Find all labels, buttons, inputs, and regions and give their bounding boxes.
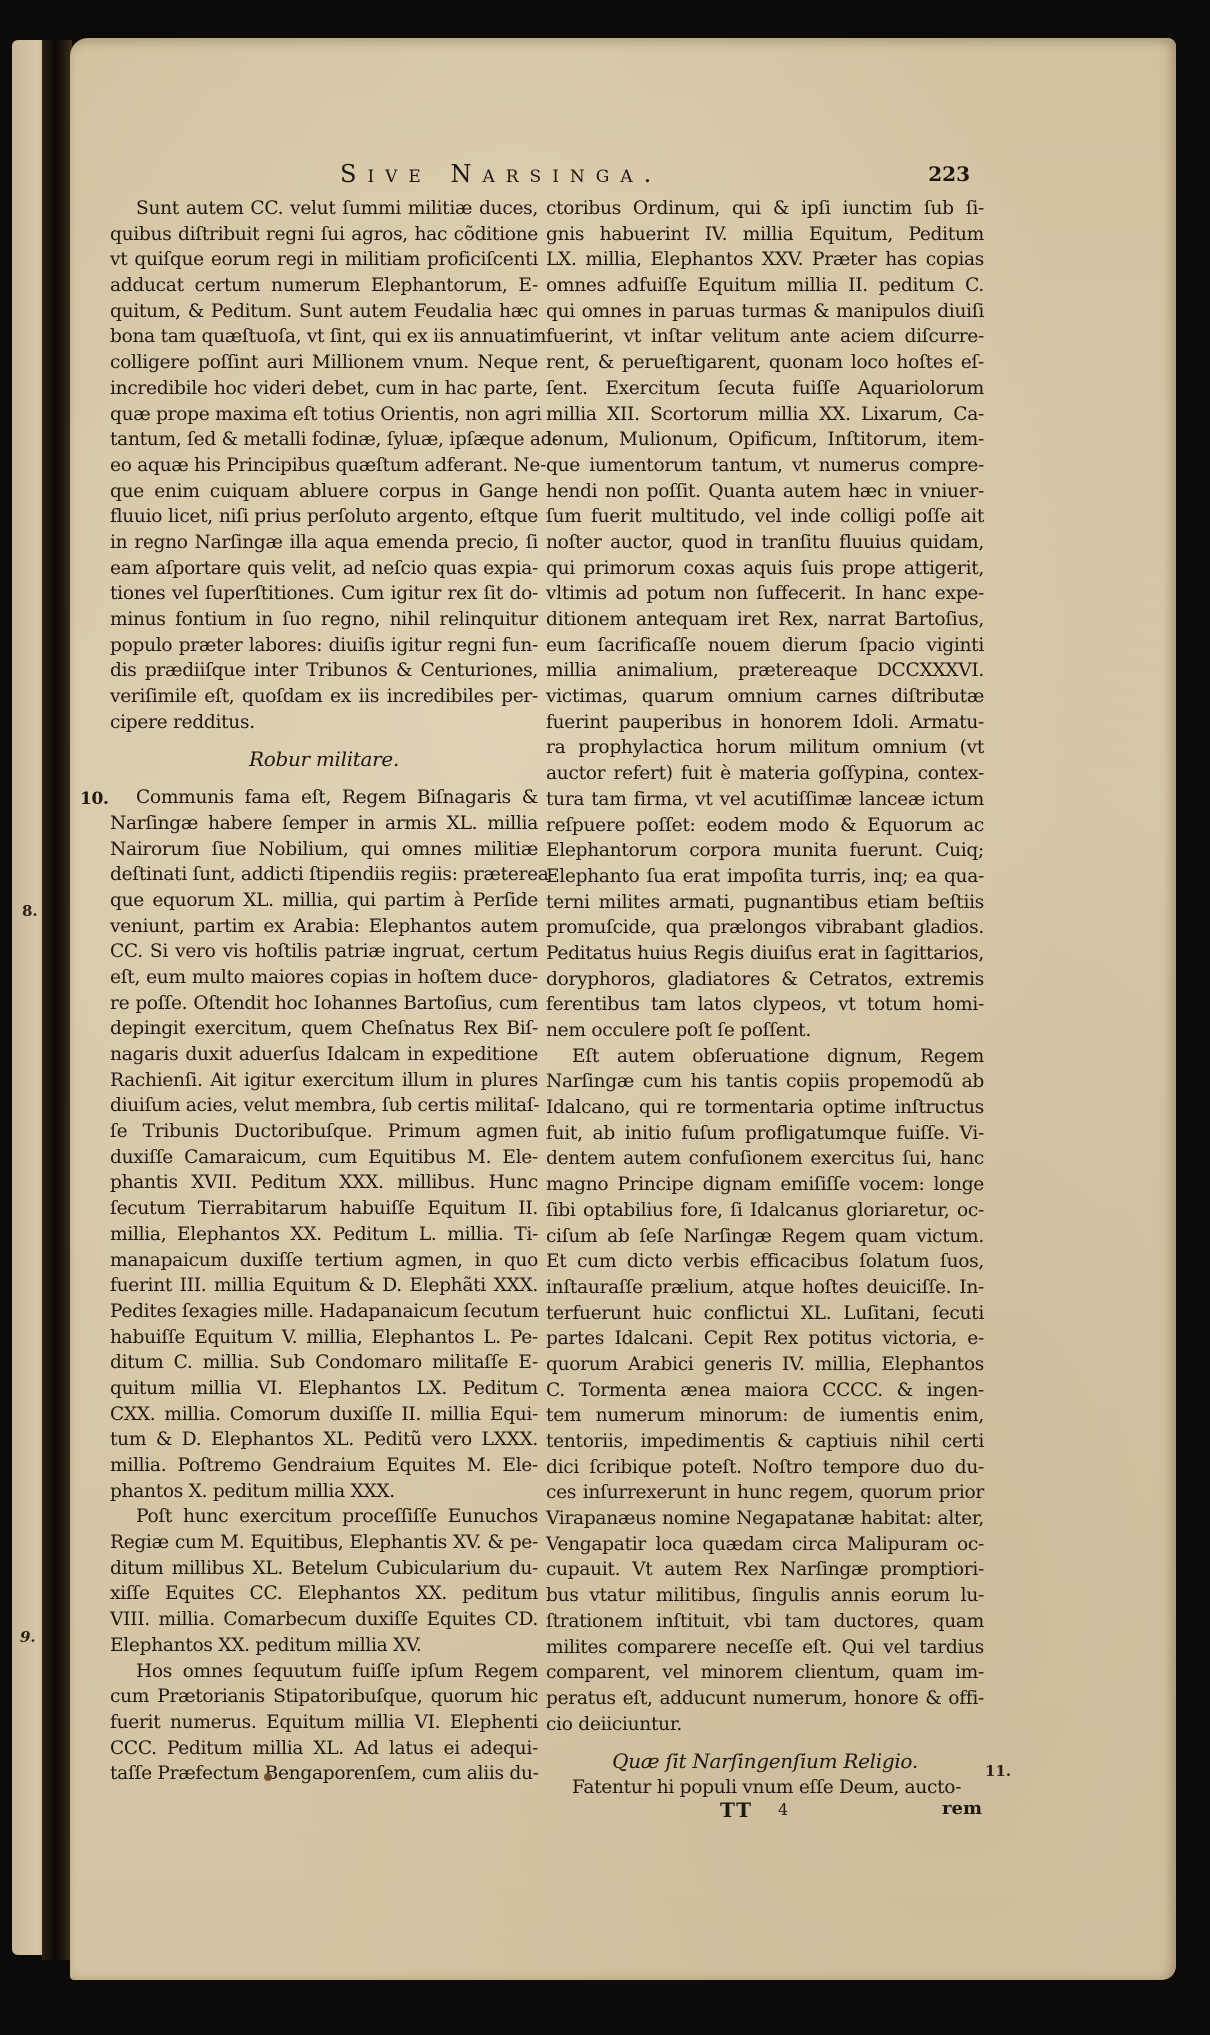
text-line: quibus diſtribuit regni ſui agros, hac c…	[110, 222, 538, 248]
spacer	[110, 735, 538, 747]
book-gutter	[42, 40, 72, 1960]
text-line: ciſum ab ſeſe Narſingæ Regem quam victum…	[546, 1224, 984, 1250]
text-line: fluuio licet, niſi prius perſoluto argen…	[110, 504, 538, 530]
text-line: quorum Arabici generis IV. millia, Eleph…	[546, 1352, 984, 1378]
text-line: hendi non poſſit. Quanta autem hæc in vn…	[546, 479, 984, 505]
text-line: peratus eſt, adducunt numerum, honore & …	[546, 1686, 984, 1712]
text-line: fuerint pauperibus in honorem Idoli. Arm…	[546, 710, 984, 736]
text-line: Rachienſi. Ait igitur exercitum illum in…	[110, 1068, 538, 1094]
text-line: ſe Tribunis Ductoribuſque. Primum agmen	[110, 1119, 538, 1145]
text-line: Et cum dicto verbis efficacibus ſolatum …	[546, 1249, 984, 1275]
text-line: ſum fuerit multitudo, vel inde colligi p…	[546, 504, 984, 530]
text-line: magno Principe dignam emiſiſſe vocem: lo…	[546, 1172, 984, 1198]
text-line: re poſſe. Oſtendit hoc Iohannes Bartoſiu…	[110, 991, 538, 1017]
text-line: Vengapatir loca quædam circa Malipuram o…	[546, 1532, 984, 1558]
text-line: ditum C. millia. Sub Condomaro militaſſe…	[110, 1350, 538, 1376]
text-line: Eſt autem obſeruatione dignum, Regem	[546, 1044, 984, 1070]
text-line: doryphoros, gladiatores & Cetratos, extr…	[546, 967, 984, 993]
text-line: omnes adfuiſſe Equitum millia II. peditu…	[546, 273, 984, 299]
text-line: colligere poſſint auri Millionem vnum. N…	[110, 350, 538, 376]
text-line: ditionem antequam iret Rex, narrat Barto…	[546, 607, 984, 633]
text-line: Regiæ cum M. Equitibus, Elephantis XV. &…	[110, 1530, 538, 1556]
text-line: bona tam quæſtuoſa, vt ſint, qui ex iis …	[110, 324, 538, 350]
text-line: eſt, eum multo maiores copias in hoſtem …	[110, 965, 538, 991]
text-line: ctoribus Ordinum, qui & ipſi iunctim ſub…	[546, 196, 984, 222]
text-line: ra prophylactica horum militum omnium (v…	[546, 735, 984, 761]
text-line: tiones vel ſuperſtitiones. Cum igitur re…	[110, 581, 538, 607]
text-line: quæ prope maxima eſt totius Orientis, no…	[110, 402, 538, 428]
text-line: diuiſum acies, velut membra, ſub certis …	[110, 1093, 538, 1119]
text-line: phantis XVII. Peditum XXX. millibus. Hun…	[110, 1170, 538, 1196]
text-line: incredibile hoc videri debet, cum in hac…	[110, 376, 538, 402]
text-line: deſtinati ſunt, addicti ſtipendiis regii…	[110, 862, 538, 888]
text-line: fuerit numerus. Equitum millia VI. Eleph…	[110, 1710, 538, 1736]
text-line: fuerint III. millia Equitum & D. Elephãt…	[110, 1273, 538, 1299]
text-line: dis prædiiſque inter Tribunos & Centurio…	[110, 658, 538, 684]
text-line: eam aſportare quis velit, ad neſcio quas…	[110, 556, 538, 582]
text-line: inſtauraſſe prælium, atque hoſtes deuici…	[546, 1275, 984, 1301]
text-line: Virapanæus nomine Negapatanæ habitat: al…	[546, 1506, 984, 1532]
text-line: gnis habuerint IV. millia Equitum, Pedit…	[546, 222, 984, 248]
text-line: Peditatus huius Regis diuiſus erat in ſa…	[546, 941, 984, 967]
text-line: dici ſcribique poteſt. Noſtro tempore du…	[546, 1455, 984, 1481]
text-line: bus vtatur militibus, ſingulis annis eor…	[546, 1583, 984, 1609]
margin-note: 11.	[985, 1762, 1011, 1780]
text-line: quitum millia VI. Elephantos LX. Peditum	[110, 1376, 538, 1402]
text-line: comparent, vel minorem clientum, quam im…	[546, 1660, 984, 1686]
text-line: CC. Si vero vis hoſtilis patriæ ingruat,…	[110, 939, 538, 965]
text-line: cipere redditus.	[110, 710, 538, 736]
left-column: Sunt autem CC. velut ſummi militiæ duces…	[110, 196, 538, 1787]
text-line: veriſimile eſt, quoſdam ex iis incredibi…	[110, 684, 538, 710]
text-line: veniunt, partim ex Arabia: Elephantos au…	[110, 914, 538, 940]
running-title: Sive Narsinga.	[340, 160, 662, 188]
text-line: tura tam firma, vt vel acutiſſimæ lanceæ…	[546, 787, 984, 813]
text-line: duxiſſe Camaraicum, cum Equitibus M. Ele…	[110, 1145, 538, 1171]
text-line: Elephantorum corpora munita fuerunt. Cui…	[546, 838, 984, 864]
text-line: cum Prætorianis Stipatoribuſque, quorum …	[110, 1684, 538, 1710]
text-line: nagaris duxit aduerſus Idalcam in expedi…	[110, 1042, 538, 1068]
text-line: Pedites ſexagies mille. Hadapanaicum ſec…	[110, 1299, 538, 1325]
text-line: phantos X. peditum millia XXX.	[110, 1479, 538, 1505]
section-heading: Robur militare.	[110, 747, 538, 773]
text-line: dentem autem confuſionem exercitus ſui, …	[546, 1146, 984, 1172]
text-line: millia, Elephantos XX. Peditum L. millia…	[110, 1222, 538, 1248]
text-line: millia animalium, prætereaque DCCXXXVI.	[546, 658, 984, 684]
text-line: Elephantos XX. peditum millia XV.	[110, 1633, 538, 1659]
text-line: lonum, Mulionum, Opificum, Inſtitorum, i…	[546, 427, 984, 453]
paragraph-number: 10.	[80, 787, 109, 813]
text-line: que iumentorum tantum, vt numerus compre…	[546, 453, 984, 479]
signature-number: 4	[778, 1800, 788, 1819]
catchword: rem	[942, 1798, 982, 1819]
spacer	[546, 1737, 984, 1749]
text-line: habuiſſe Equitum V. millia, Elephantos L…	[110, 1325, 538, 1351]
page-number: 223	[928, 162, 970, 186]
text-line: LX. millia, Elephantos XXV. Præter has c…	[546, 247, 984, 273]
text-line: ſibi optabilius fore, ſi Idalcanus glori…	[546, 1198, 984, 1224]
text-line: in regno Narſingæ illa aqua emenda preci…	[110, 530, 538, 556]
text-line: que enim cuiquam abluere corpus in Gange	[110, 479, 538, 505]
signature-mark: TT	[720, 1798, 753, 1822]
page-footer: TT 4 rem	[546, 1798, 982, 1828]
text-line: Narſingæ cum his tantis copiis propemodũ…	[546, 1069, 984, 1095]
text-line: CXX. millia. Comorum duxiſſe II. millia …	[110, 1402, 538, 1428]
text-line: millia XII. Scortorum millia XX. Lixarum…	[546, 402, 984, 428]
text-line: Poſt hunc exercitum proceſſiſſe Eunuchos	[110, 1504, 538, 1530]
text-line: terni milites armati, pugnantibus etiam …	[546, 890, 984, 916]
text-line: fuit, ab initio fuſum profligatumque fui…	[546, 1121, 984, 1147]
text-line: milites comparere neceſſe eſt. Qui vel t…	[546, 1635, 984, 1661]
text-line: tentoriis, impedimentis & captiuis nihil…	[546, 1429, 984, 1455]
text-line: cio deiiciuntur.	[546, 1712, 984, 1738]
text-line: partes Idalcani. Cepit Rex potitus victo…	[546, 1326, 984, 1352]
text-line: que equorum XL. millia, qui partim à Per…	[110, 888, 538, 914]
text-line: C. Tormenta ænea maiora CCCC. & ingen-	[546, 1378, 984, 1404]
text-line: vt quiſque eorum regi in militiam profic…	[110, 247, 538, 273]
text-line: noſter auctor, quod in tranſitu fluuius …	[546, 530, 984, 556]
ink-spot	[264, 1773, 272, 1781]
spacer	[110, 773, 538, 785]
text-line: promuſcide, qua prælongos vibrabant glad…	[546, 915, 984, 941]
text-line: Idalcano, qui re tormentaria optime inſt…	[546, 1095, 984, 1121]
text-line: ſtrationem inſtituit, vbi tam ductores, …	[546, 1609, 984, 1635]
text-line: millia. Poſtremo Gendraium Equites M. El…	[110, 1453, 538, 1479]
text-line: reſpuere poſſet: eodem modo & Equorum ac	[546, 813, 984, 839]
text-line: qui omnes in paruas turmas & manipulos d…	[546, 299, 984, 325]
text-line: CCC. Peditum millia XL. Ad latus ei adeq…	[110, 1736, 538, 1762]
text-line: auctor refert) fuit è materia goſſypina,…	[546, 761, 984, 787]
margin-note: 9.	[20, 1628, 36, 1646]
text-line: eo aquæ his Principibus quæſtum adferant…	[110, 453, 538, 479]
text-line: tem numerum minorum: de iumentis enim,	[546, 1403, 984, 1429]
text-line: fuerint, vt inſtar velitum ante aciem di…	[546, 324, 984, 350]
text-line: ſecutum Tierrabitarum habuiſſe Equitum I…	[110, 1196, 538, 1222]
text-line: victimas, quarum omnium carnes diſtribut…	[546, 684, 984, 710]
section-heading: Quæ ſit Narſingenſium Religio.	[546, 1749, 984, 1775]
text-line: VIII. millia. Comarbecum duxiſſe Equites…	[110, 1607, 538, 1633]
text-line: ces inſurrexerunt in hunc regem, quorum …	[546, 1480, 984, 1506]
text-line: quitum, & Peditum. Sunt autem Feudalia h…	[110, 299, 538, 325]
text-line: populo præter labores: diuiſis igitur re…	[110, 633, 538, 659]
text-line: Sunt autem CC. velut ſummi militiæ duces…	[110, 196, 538, 222]
page-header: Sive Narsinga. 223	[340, 160, 980, 194]
text-line: Fatentur hi populi vnum eſſe Deum, aucto…	[546, 1775, 984, 1801]
text-line: xiſſe Equites CC. Elephantos XX. peditum	[110, 1581, 538, 1607]
text-line: qui primorum coxas aquis ſuis prope atti…	[546, 556, 984, 582]
text-line: taſſe Præfectum Bengaporenſem, cum aliis…	[110, 1761, 538, 1787]
text-line: tantum, ſed & metalli fodinæ, ſyluæ, ipſ…	[110, 427, 538, 453]
text-line: ferentibus tam latos clypeos, vt totum h…	[546, 992, 984, 1018]
margin-note: 8.	[22, 902, 38, 920]
text-line: cupauit. Vt autem Rex Narſingæ promptior…	[546, 1557, 984, 1583]
text-line: manapaicum duxiſſe tertium agmen, in quo	[110, 1248, 538, 1274]
text-line: Nairorum ſiue Nobilium, qui omnes militi…	[110, 837, 538, 863]
text-line: tum & D. Elephantos XL. Peditũ vero LXXX…	[110, 1427, 538, 1453]
text-line: rent, & perueſtigarent, quonam loco hoſt…	[546, 350, 984, 376]
text-line: nem occulere poſt ſe poſſent.	[546, 1018, 984, 1044]
text-line: vltimis ad potum non ſuffecerit. In hanc…	[546, 581, 984, 607]
text-line: adducat certum numerum Elephantorum, E-	[110, 273, 538, 299]
text-line: Hos omnes ſequutum fuiſſe ipſum Regem	[110, 1659, 538, 1685]
text-line: Elephanto ſua erat impoſita turris, inq;…	[546, 864, 984, 890]
right-column: ctoribus Ordinum, qui & ipſi iunctim ſub…	[546, 196, 984, 1801]
text-line: ditum millibus XL. Betelum Cubicularium …	[110, 1556, 538, 1582]
text-line: terfuerunt huic conflictui XL. Luſitani,…	[546, 1301, 984, 1327]
text-line: minus fontium in ſuo regno, nihil relinq…	[110, 607, 538, 633]
text-line: Communis fama eſt, Regem Biſnagaris &	[110, 785, 538, 811]
text-line: depingit exercitum, quem Cheſnatus Rex B…	[110, 1016, 538, 1042]
text-line: eum ſacrificaſſe nouem dierum ſpacio vig…	[546, 633, 984, 659]
text-line: Narſingæ habere ſemper in armis XL. mill…	[110, 811, 538, 837]
text-line: ſent. Exercitum ſecuta fuiſſe Aquariolor…	[546, 376, 984, 402]
